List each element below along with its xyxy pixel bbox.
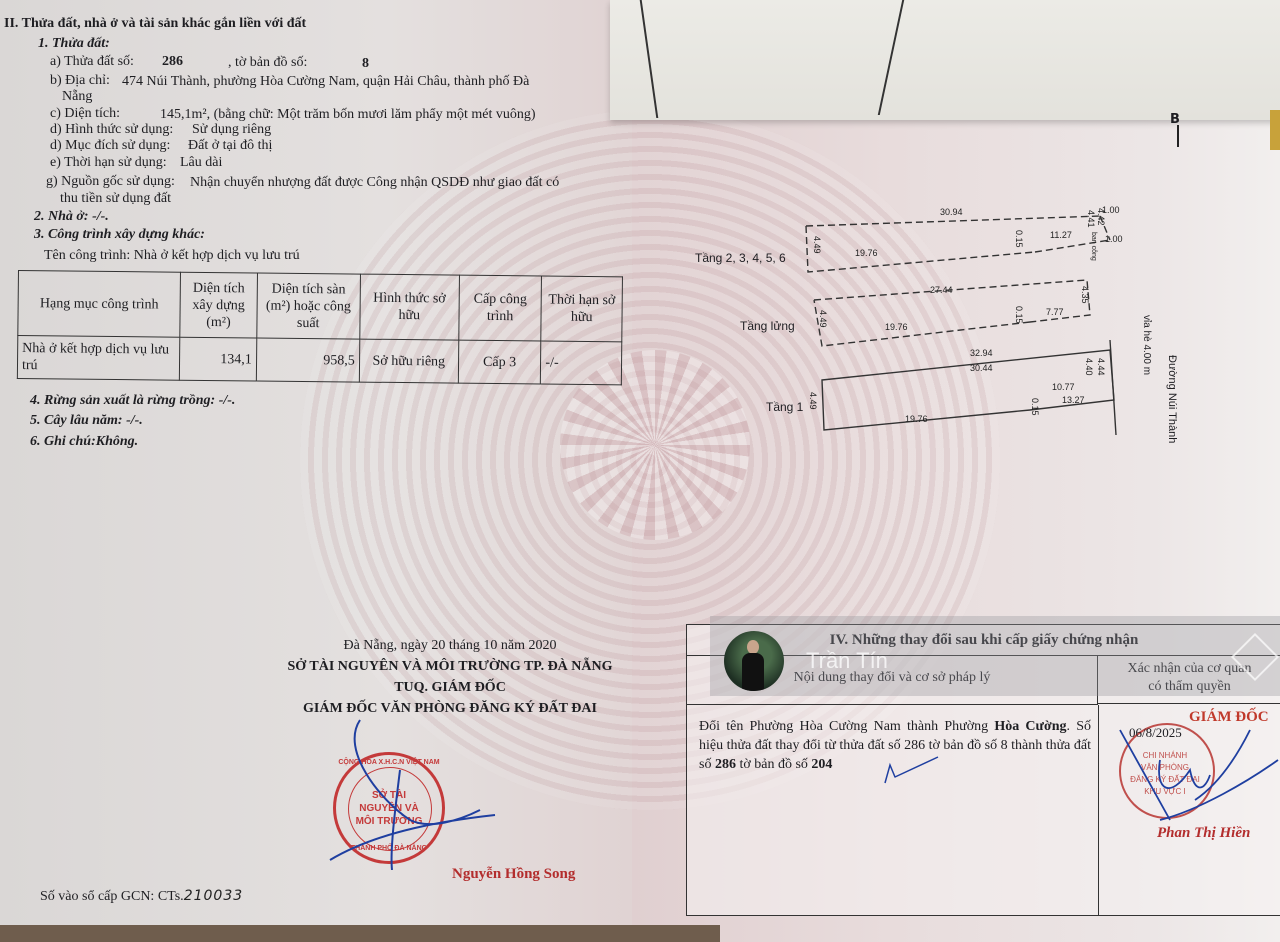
svg-text:4.49: 4.49 [808,392,818,410]
floor-plan-diagram: 30.94 19.76 0.15 11.27 4.49 4.41 4.42 1.… [690,200,1250,440]
col-header-item: Hạng mục công trình [18,271,181,338]
sidewalk-width: vỉa hè 4.00 m [1141,315,1152,375]
col-header-ownership: Hình thức sở hữu [360,274,460,340]
cell-term: -/- [541,341,622,385]
cell-ownership: Sở hữu riêng [359,339,458,383]
svg-text:13.27: 13.27 [1062,395,1085,405]
area-label: c) Diện tích: [50,106,120,122]
plan-dimensions: 30.94 19.76 0.15 11.27 4.49 4.41 4.42 1.… [808,205,1123,424]
confirmer-signature-icon [1100,720,1280,830]
usage-form-value: Sử dụng riêng [192,122,271,138]
gcn-label: Số vào sổ cấp GCN: CTs. [40,889,184,904]
svg-text:30.94: 30.94 [940,207,963,217]
cell-grade: Cấp 3 [458,340,541,384]
svg-text:11.27: 11.27 [1050,230,1072,240]
construction-works-table: Hạng mục công trình Diện tích xây dựng (… [17,270,623,385]
svg-text:19.76: 19.76 [855,248,878,258]
house-item: 2. Nhà ở: -/-. [34,209,109,225]
svg-text:4.35: 4.35 [1080,286,1090,304]
svg-text:0.15: 0.15 [1030,398,1040,416]
col-header-term: Thời hạn sở hữu [541,276,622,342]
svg-text:19.76: 19.76 [885,322,908,332]
table-row: Nhà ở kết hợp dịch vụ lưu trú 134,1 958,… [17,336,621,385]
on-behalf-of: TUQ. GIÁM ĐỐC [230,677,670,698]
work-name: Tên công trình: Nhà ở kết hợp dịch vụ lư… [44,248,300,264]
svg-text:27.44: 27.44 [930,285,953,295]
table-surface [0,925,720,942]
map-sheet-number: 8 [362,56,369,72]
cell-floor-area: 958,5 [256,338,359,382]
issuer-block: Đà Nẵng, ngày 20 tháng 10 năm 2020 SỞ TÀ… [230,636,670,719]
svg-text:19.76: 19.76 [905,414,928,424]
svg-text:ban công: ban công [1090,232,1097,261]
usage-purpose-label: d) Mục đích sử dụng: [50,138,170,154]
svg-text:10.77: 10.77 [1052,382,1075,392]
folded-paper-flap [610,0,1280,120]
gcn-value: 210033 [184,888,243,904]
col-header-grade: Cấp công trình [459,275,542,341]
usage-form-label: d) Hình thức sử dụng: [50,122,173,138]
area-value: 145,1m², (bằng chữ: Một trăm bốn mươi lă… [160,107,536,123]
level-upper-label: Tầng 2, 3, 4, 5, 6 [695,251,786,265]
forest-item: 4. Rừng sản xuất là rừng trồng: -/-. [30,393,235,409]
usage-term-value: Lâu dài [180,155,222,171]
signer-name: Nguyễn Hồng Song [452,866,575,883]
svg-text:4.49: 4.49 [818,310,828,328]
map-sheet-label: , tờ bản đồ số: [228,55,307,71]
parcel-number-label: a) Thửa đất số: [50,54,134,70]
other-works-heading: 3. Công trình xây dựng khác: [34,227,205,243]
table-header-row: Hạng mục công trình Diện tích xây dựng (… [18,271,623,342]
watermark-overlay [710,616,1280,696]
svg-text:1.00: 1.00 [1102,205,1120,215]
svg-text:4.49: 4.49 [812,236,822,254]
level-ground-label: Tầng 1 [766,400,803,414]
perennial-item: 5. Cây lâu năm: -/-. [30,413,143,429]
section-heading: II. Thửa đất, nhà ở và tài sản khác gắn … [4,16,306,32]
svg-text:4.44: 4.44 [1096,358,1106,376]
street-name: Đường Núi Thành [1166,355,1178,443]
svg-text:7.77: 7.77 [1046,307,1064,317]
origin-label: g) Nguồn gốc sử dụng: [46,174,175,190]
issue-date: Đà Nẵng, ngày 20 tháng 10 năm 2020 [230,636,670,656]
svg-text:4.41: 4.41 [1086,210,1096,228]
svg-text:0.15: 0.15 [1014,230,1024,248]
address-label: b) Địa chỉ: [50,73,110,89]
cell-item: Nhà ở kết hợp dịch vụ lưu trú [17,336,180,381]
col-header-floor-area: Diện tích sàn (m²) hoặc công suất [257,273,361,339]
gcn-register-number: Số vào sổ cấp GCN: CTs.210033 [40,888,243,905]
address-value: 474 Núi Thành, phường Hòa Cường Nam, quậ… [122,74,529,90]
col-header-built-area: Diện tích xây dựng (m²) [180,272,257,338]
address-value-cont: Nẵng [62,89,92,105]
usage-term-label: e) Thời hạn sử dụng: [50,155,167,171]
folder-edge [1270,110,1280,150]
level-mezzanine-label: Tầng lửng [740,319,795,333]
usage-purpose-value: Đất ở tại đô thị [188,138,272,154]
svg-text:30.44: 30.44 [970,363,993,373]
origin-value-cont: thu tiền sử dụng đất [60,191,171,207]
cell-built-area: 134,1 [180,337,257,381]
svg-text:1.00: 1.00 [1105,234,1123,244]
issuing-agency: SỞ TÀI NGUYÊN VÀ MÔI TRƯỜNG TP. ĐÀ NẴNG [230,656,670,677]
parcel-heading: 1. Thửa đất: [38,36,110,52]
svg-text:4.40: 4.40 [1084,358,1094,376]
north-arrow-line [1177,125,1179,147]
svg-text:0.15: 0.15 [1014,306,1024,324]
note-item: 6. Ghi chú:Không. [30,434,138,450]
uploader-avatar[interactable] [724,631,784,691]
handwritten-signature-icon [320,710,500,870]
uploader-name: Trần Tín [806,648,888,674]
svg-text:32.94: 32.94 [970,348,993,358]
origin-value: Nhận chuyển nhượng đất được Công nhận QS… [190,175,559,191]
initial-mark-icon [880,755,940,785]
parcel-number: 286 [162,54,183,70]
